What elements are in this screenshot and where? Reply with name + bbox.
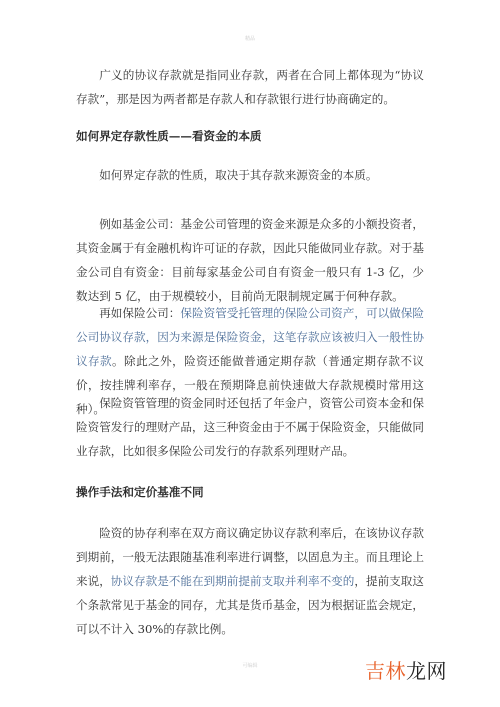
highlighted-text: 协议存款是不能在到期前提前支取并利率不变的 [111, 574, 355, 588]
paragraph-agreement-deposit-definition: 广义的协议存款就是指同业存款，两者在合同上都体现为“协议存款”，那是因为两者都是… [76, 63, 424, 111]
watermark-part-orange: 吉林 [365, 659, 406, 683]
page-header-mark: 精品 [0, 35, 500, 42]
paragraph-interest-rate-terms: 险资的协存利率在双方商议确定协议存款利率后，在该协议存款到期前，一般无法跟随基准… [76, 521, 424, 641]
watermark-part-dark: 龙网 [406, 659, 447, 683]
section-heading-deposit-nature: 如何界定存款性质——看资金的本质 [76, 126, 262, 146]
paragraph-deposit-nature: 如何界定存款的性质，取决于其存款来源资金的本质。 [76, 163, 377, 187]
text-prefix: 再如保险公司： [99, 306, 180, 320]
section-heading-operation-pricing: 操作手法和定价基准不同 [76, 482, 204, 502]
paragraph-fund-company-example: 例如基金公司：基金公司管理的资金来源是众多的小额投资者，其资金属于有金融机构许可… [76, 212, 424, 308]
paragraph-insurance-asset-management: 保险资管管理的资金同时还包括了年金户，资管公司资本金和保险资管发行的理财产品，这… [76, 391, 424, 463]
site-watermark-logo: 吉林龙网 [365, 655, 447, 684]
